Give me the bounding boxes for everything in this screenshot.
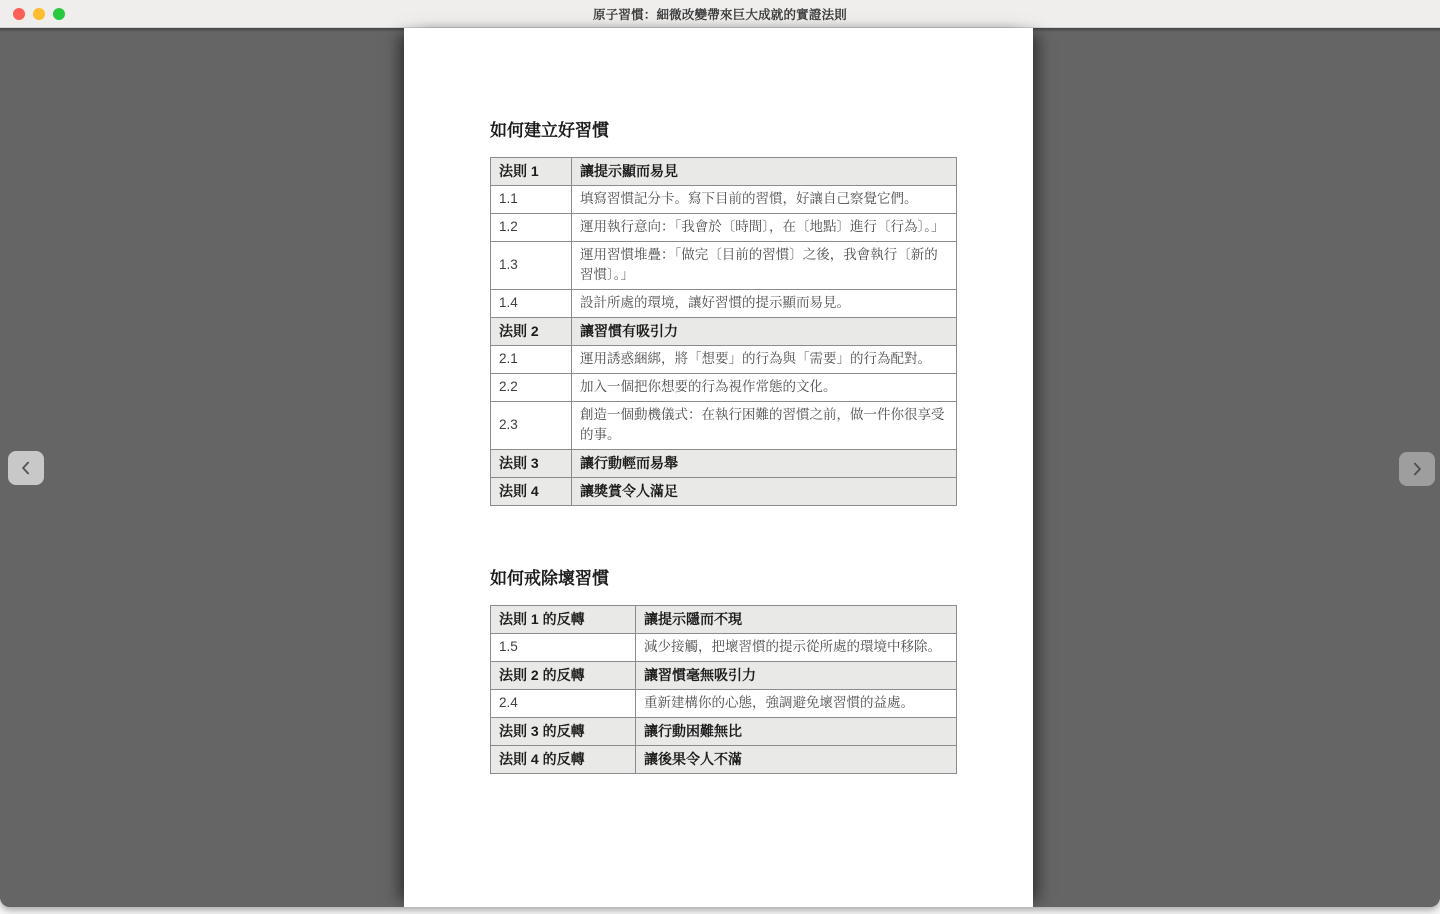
rule-header-row: 法則 4 的反轉讓後果令人不滿 [491, 746, 957, 774]
rule-text: 讓提示隱而不現 [636, 606, 957, 634]
rule-text: 讓提示顯而易見 [572, 158, 957, 186]
rules-table: 法則 1讓提示顯而易見1.1填寫習慣記分卡。寫下目前的習慣，好讓自己察覺它們。1… [490, 157, 957, 506]
rule-label: 法則 1 [491, 158, 572, 186]
habit-section-1: 如何建立好習慣法則 1讓提示顯而易見1.1填寫習慣記分卡。寫下目前的習慣，好讓自… [490, 121, 957, 506]
rule-header-row: 法則 4讓獎賞令人滿足 [491, 478, 957, 506]
traffic-lights [13, 8, 65, 20]
rule-text: 運用誘惑綑綁，將「想要」的行為與「需要」的行為配對。 [572, 346, 957, 374]
rule-text: 讓後果令人不滿 [636, 746, 957, 774]
rule-label: 2.3 [491, 402, 572, 450]
rule-label: 2.2 [491, 374, 572, 402]
rule-label: 法則 4 [491, 478, 572, 506]
rule-detail-row: 1.5減少接觸，把壞習慣的提示從所處的環境中移除。 [491, 634, 957, 662]
rule-label: 1.3 [491, 242, 572, 290]
rule-header-row: 法則 1讓提示顯而易見 [491, 158, 957, 186]
close-button[interactable] [13, 8, 25, 20]
chevron-right-icon [1407, 459, 1427, 479]
rule-text: 讓行動輕而易舉 [572, 450, 957, 478]
rule-label: 1.1 [491, 186, 572, 214]
reading-area: 如何建立好習慣法則 1讓提示顯而易見1.1填寫習慣記分卡。寫下目前的習慣，好讓自… [0, 28, 1440, 907]
rule-label: 法則 2 的反轉 [491, 662, 636, 690]
titlebar: 原子習慣：細微改變帶來巨大成就的實證法則 [0, 0, 1440, 28]
rule-text: 設計所處的環境，讓好習慣的提示顯而易見。 [572, 290, 957, 318]
zoom-button[interactable] [53, 8, 65, 20]
rule-detail-row: 1.3運用習慣堆疊：「做完〔目前的習慣〕之後，我會執行〔新的習慣〕。」 [491, 242, 957, 290]
rule-text: 讓獎賞令人滿足 [572, 478, 957, 506]
rule-label: 1.4 [491, 290, 572, 318]
rule-header-row: 法則 2 的反轉讓習慣毫無吸引力 [491, 662, 957, 690]
rule-detail-row: 2.4重新建構你的心態，強調避免壞習慣的益處。 [491, 690, 957, 718]
rule-header-row: 法則 2讓習慣有吸引力 [491, 318, 957, 346]
rule-label: 法則 4 的反轉 [491, 746, 636, 774]
rule-text: 創造一個動機儀式：在執行困難的習慣之前，做一件你很享受的事。 [572, 402, 957, 450]
rule-label: 1.2 [491, 214, 572, 242]
rule-label: 法則 3 [491, 450, 572, 478]
rule-detail-row: 2.1運用誘惑綑綁，將「想要」的行為與「需要」的行為配對。 [491, 346, 957, 374]
rule-text: 加入一個把你想要的行為視作常態的文化。 [572, 374, 957, 402]
rule-detail-row: 1.2運用執行意向：「我會於〔時間〕，在〔地點〕進行〔行為〕。」 [491, 214, 957, 242]
window-title: 原子習慣：細微改變帶來巨大成就的實證法則 [593, 5, 847, 23]
next-page-button[interactable] [1399, 452, 1435, 486]
rule-text: 讓行動困難無比 [636, 718, 957, 746]
rule-header-row: 法則 3讓行動輕而易舉 [491, 450, 957, 478]
rule-text: 讓習慣毫無吸引力 [636, 662, 957, 690]
rule-label: 2.1 [491, 346, 572, 374]
rule-label: 法則 2 [491, 318, 572, 346]
rule-label: 法則 3 的反轉 [491, 718, 636, 746]
rule-text: 運用執行意向：「我會於〔時間〕，在〔地點〕進行〔行為〕。」 [572, 214, 957, 242]
section-title: 如何建立好習慣 [490, 121, 957, 140]
rule-text: 減少接觸，把壞習慣的提示從所處的環境中移除。 [636, 634, 957, 662]
rule-header-row: 法則 1 的反轉讓提示隱而不現 [491, 606, 957, 634]
habit-section-2: 如何戒除壞習慣法則 1 的反轉讓提示隱而不現1.5減少接觸，把壞習慣的提示從所處… [490, 569, 957, 774]
previous-page-button[interactable] [8, 451, 44, 485]
rule-label: 法則 1 的反轉 [491, 606, 636, 634]
rule-detail-row: 2.3創造一個動機儀式：在執行困難的習慣之前，做一件你很享受的事。 [491, 402, 957, 450]
rule-text: 讓習慣有吸引力 [572, 318, 957, 346]
rule-label: 2.4 [491, 690, 636, 718]
rule-detail-row: 2.2加入一個把你想要的行為視作常態的文化。 [491, 374, 957, 402]
rule-text: 重新建構你的心態，強調避免壞習慣的益處。 [636, 690, 957, 718]
books-window: 原子習慣：細微改變帶來巨大成就的實證法則 如何建立好習慣法則 1讓提示顯而易見1… [0, 0, 1440, 907]
book-page: 如何建立好習慣法則 1讓提示顯而易見1.1填寫習慣記分卡。寫下目前的習慣，好讓自… [404, 28, 1033, 907]
rule-label: 1.5 [491, 634, 636, 662]
rule-text: 運用習慣堆疊：「做完〔目前的習慣〕之後，我會執行〔新的習慣〕。」 [572, 242, 957, 290]
rules-table: 法則 1 的反轉讓提示隱而不現1.5減少接觸，把壞習慣的提示從所處的環境中移除。… [490, 605, 957, 774]
rule-text: 填寫習慣記分卡。寫下目前的習慣，好讓自己察覺它們。 [572, 186, 957, 214]
rule-detail-row: 1.1填寫習慣記分卡。寫下目前的習慣，好讓自己察覺它們。 [491, 186, 957, 214]
section-title: 如何戒除壞習慣 [490, 569, 957, 588]
minimize-button[interactable] [33, 8, 45, 20]
chevron-left-icon [16, 458, 36, 478]
rule-detail-row: 1.4設計所處的環境，讓好習慣的提示顯而易見。 [491, 290, 957, 318]
rule-header-row: 法則 3 的反轉讓行動困難無比 [491, 718, 957, 746]
